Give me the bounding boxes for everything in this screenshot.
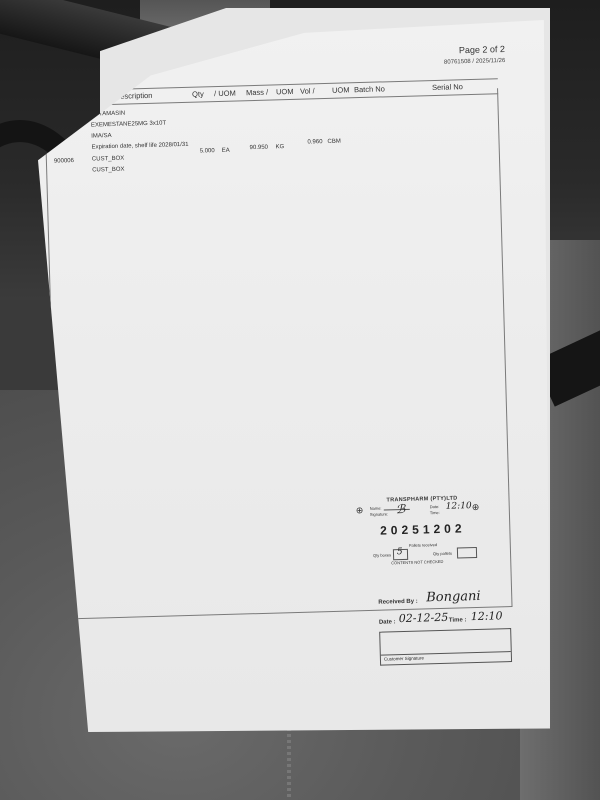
signature-divider	[381, 651, 511, 656]
contents-note: CONTENTS NOT CHECKED	[391, 559, 443, 565]
stamped-date: 20251202	[360, 521, 485, 538]
name-label: Name:	[370, 506, 382, 511]
receiving-stamp: TRANSPHARM (PTY)LTD ⊕ Name: Signature: ℬ…	[359, 495, 486, 574]
qty-boxes-label: Qty boxes	[373, 552, 391, 558]
pallets-section: Pallets received Qty boxes 5 Qty pallets…	[361, 541, 487, 574]
qty-pallets-box	[457, 547, 477, 559]
received-by-value: Bongani	[426, 589, 481, 606]
qty-pallets-label: Qty pallets	[433, 551, 452, 557]
date-label: Date:	[430, 504, 440, 509]
pallets-title: Pallets received	[409, 542, 437, 548]
qty-boxes-value: 5	[397, 547, 403, 557]
crosshair-mark-icon: ⊕	[356, 505, 364, 516]
delivery-note-page: Page 2 of 2 80761508 / 2025/11/26 Item M…	[38, 20, 550, 732]
stamp-fields: ⊕ Name: Signature: ℬ Date: Time: 12:10 ⊕	[360, 501, 485, 518]
received-date-label: Date :	[379, 619, 396, 625]
vol-uom: CBM	[327, 139, 341, 145]
description-line: CUST_BOX	[92, 167, 124, 174]
qty-uom: EA	[222, 148, 230, 154]
description-line: IMA/SA	[91, 133, 112, 140]
mass-value: 90.950	[250, 145, 269, 152]
customer-signature-box: Customer Signature	[379, 628, 512, 666]
received-time-label: Time :	[449, 617, 467, 623]
received-time-value: 12:10	[471, 609, 503, 623]
mass-uom: KG	[276, 144, 285, 150]
item-number: 900006	[54, 158, 74, 165]
received-block: Received By : Bongani Date : 02-12-25 Ti…	[378, 588, 519, 632]
stamp-time-handwritten: 12:10	[446, 501, 472, 512]
time-label: Time:	[430, 510, 440, 515]
vol-value: 0.960	[307, 139, 322, 145]
customer-signature-label: Customer Signature	[384, 655, 424, 661]
document-reference: 80761508 / 2025/11/26	[444, 58, 505, 66]
signature-label: Signature:	[370, 511, 388, 517]
crosshair-mark-icon: ⊕	[472, 502, 480, 513]
received-date-value: 02-12-25	[399, 611, 449, 625]
stamp-signature: ℬ	[396, 502, 406, 516]
page-number: Page 2 of 2	[459, 44, 505, 55]
qty-value: 5.000	[200, 148, 215, 154]
received-by-label: Received By :	[378, 599, 418, 606]
description-line: CUST_BOX	[92, 156, 124, 163]
